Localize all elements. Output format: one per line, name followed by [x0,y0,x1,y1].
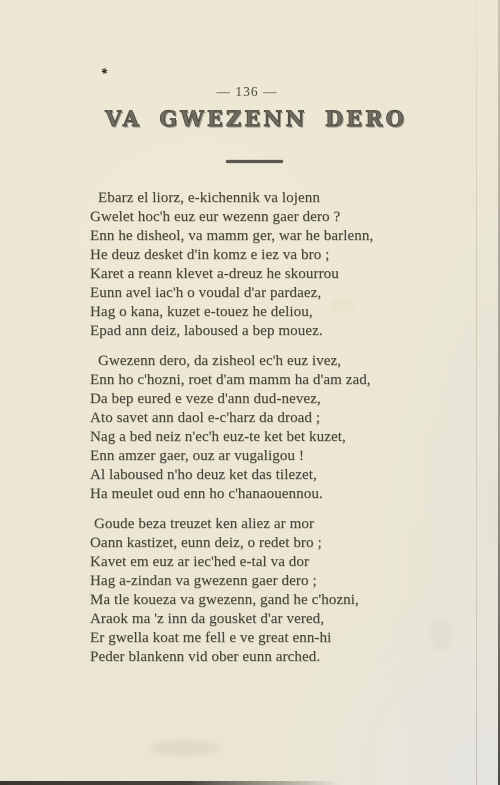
title-rule [226,160,283,163]
stanza-1: Ebarz el liorz, e-kichennik va lojenn Gw… [90,189,450,341]
poem-line: Kavet em euz ar iec'hed e-tal va dor [90,553,450,572]
poem-line: Da bep eured e veze d'ann dud-nevez, [90,390,450,409]
poem-line: Ebarz el liorz, e-kichennik va lojenn [90,189,450,208]
stanza-3: Goude beza treuzet ken aliez ar mor Oann… [90,515,450,667]
poem-line: Ha meulet oud enn ho c'hanaouennou. [90,485,450,504]
poem-line: He deuz desket d'in komz e iez va bro ; [90,246,450,265]
poem-line: Karet a reann klevet a-dreuz he skourrou [90,265,450,284]
poem: Ebarz el liorz, e-kichennik va lojenn Gw… [90,189,450,678]
poem-line: Epad ann deiz, laboused a bep mouez. [90,322,450,341]
page-number: — 136 — [0,84,494,100]
poem-line: Oann kastizet, eunn deiz, o redet bro ; [90,534,450,553]
poem-line: Araok ma 'z inn da gousket d'ar vered, [90,610,450,629]
smudge-stain [150,740,220,756]
poem-line: Gwelet hoc'h euz eur wezenn gaer dero ? [90,208,450,227]
foxing-stain [330,298,356,312]
poem-line: Ato savet ann daol e-c'harz da droad ; [90,409,450,428]
poem-line: Er gwella koat me fell e ve great enn-hi [90,629,450,648]
poem-line: Enn ho c'hozni, roet d'am mamm ha d'am z… [90,371,450,390]
poem-line: Eunn avel iac'h o voudal d'ar pardaez, [90,284,450,303]
poem-line: Enn amzer gaer, ouz ar vugaligou ! [90,447,450,466]
page-crease [476,0,477,785]
poem-line: Hag o kana, kuzet e-touez he deliou, [90,303,450,322]
foxing-stain [430,620,452,650]
book-page: — 136 — VA GWEZENN DERO Ebarz el liorz, … [0,0,500,785]
poem-line: Peder blankenn vid ober eunn arched. [90,648,450,667]
poem-line: Gwezenn dero, da zisheol ec'h euz ivez, [90,352,450,371]
scan-edge-bottom [0,781,340,785]
poem-line: Enn he disheol, va mamm ger, war he barl… [90,227,450,246]
poem-line: Hag a-zindan va gwezenn gaer dero ; [90,572,450,591]
poem-line: Nag a bed neiz n'ec'h euz-te ket bet kuz… [90,428,450,447]
poem-line: Goude beza treuzet ken aliez ar mor [90,515,450,534]
stanza-2: Gwezenn dero, da zisheol ec'h euz ivez, … [90,352,450,504]
poem-line: Al laboused n'ho deuz ket das tilezet, [90,466,450,485]
poem-line: Ma tle koueza va gwezenn, gand he c'hozn… [90,591,450,610]
ink-speck-icon: ✱ [100,66,109,76]
poem-title: VA GWEZENN DERO [0,106,500,131]
